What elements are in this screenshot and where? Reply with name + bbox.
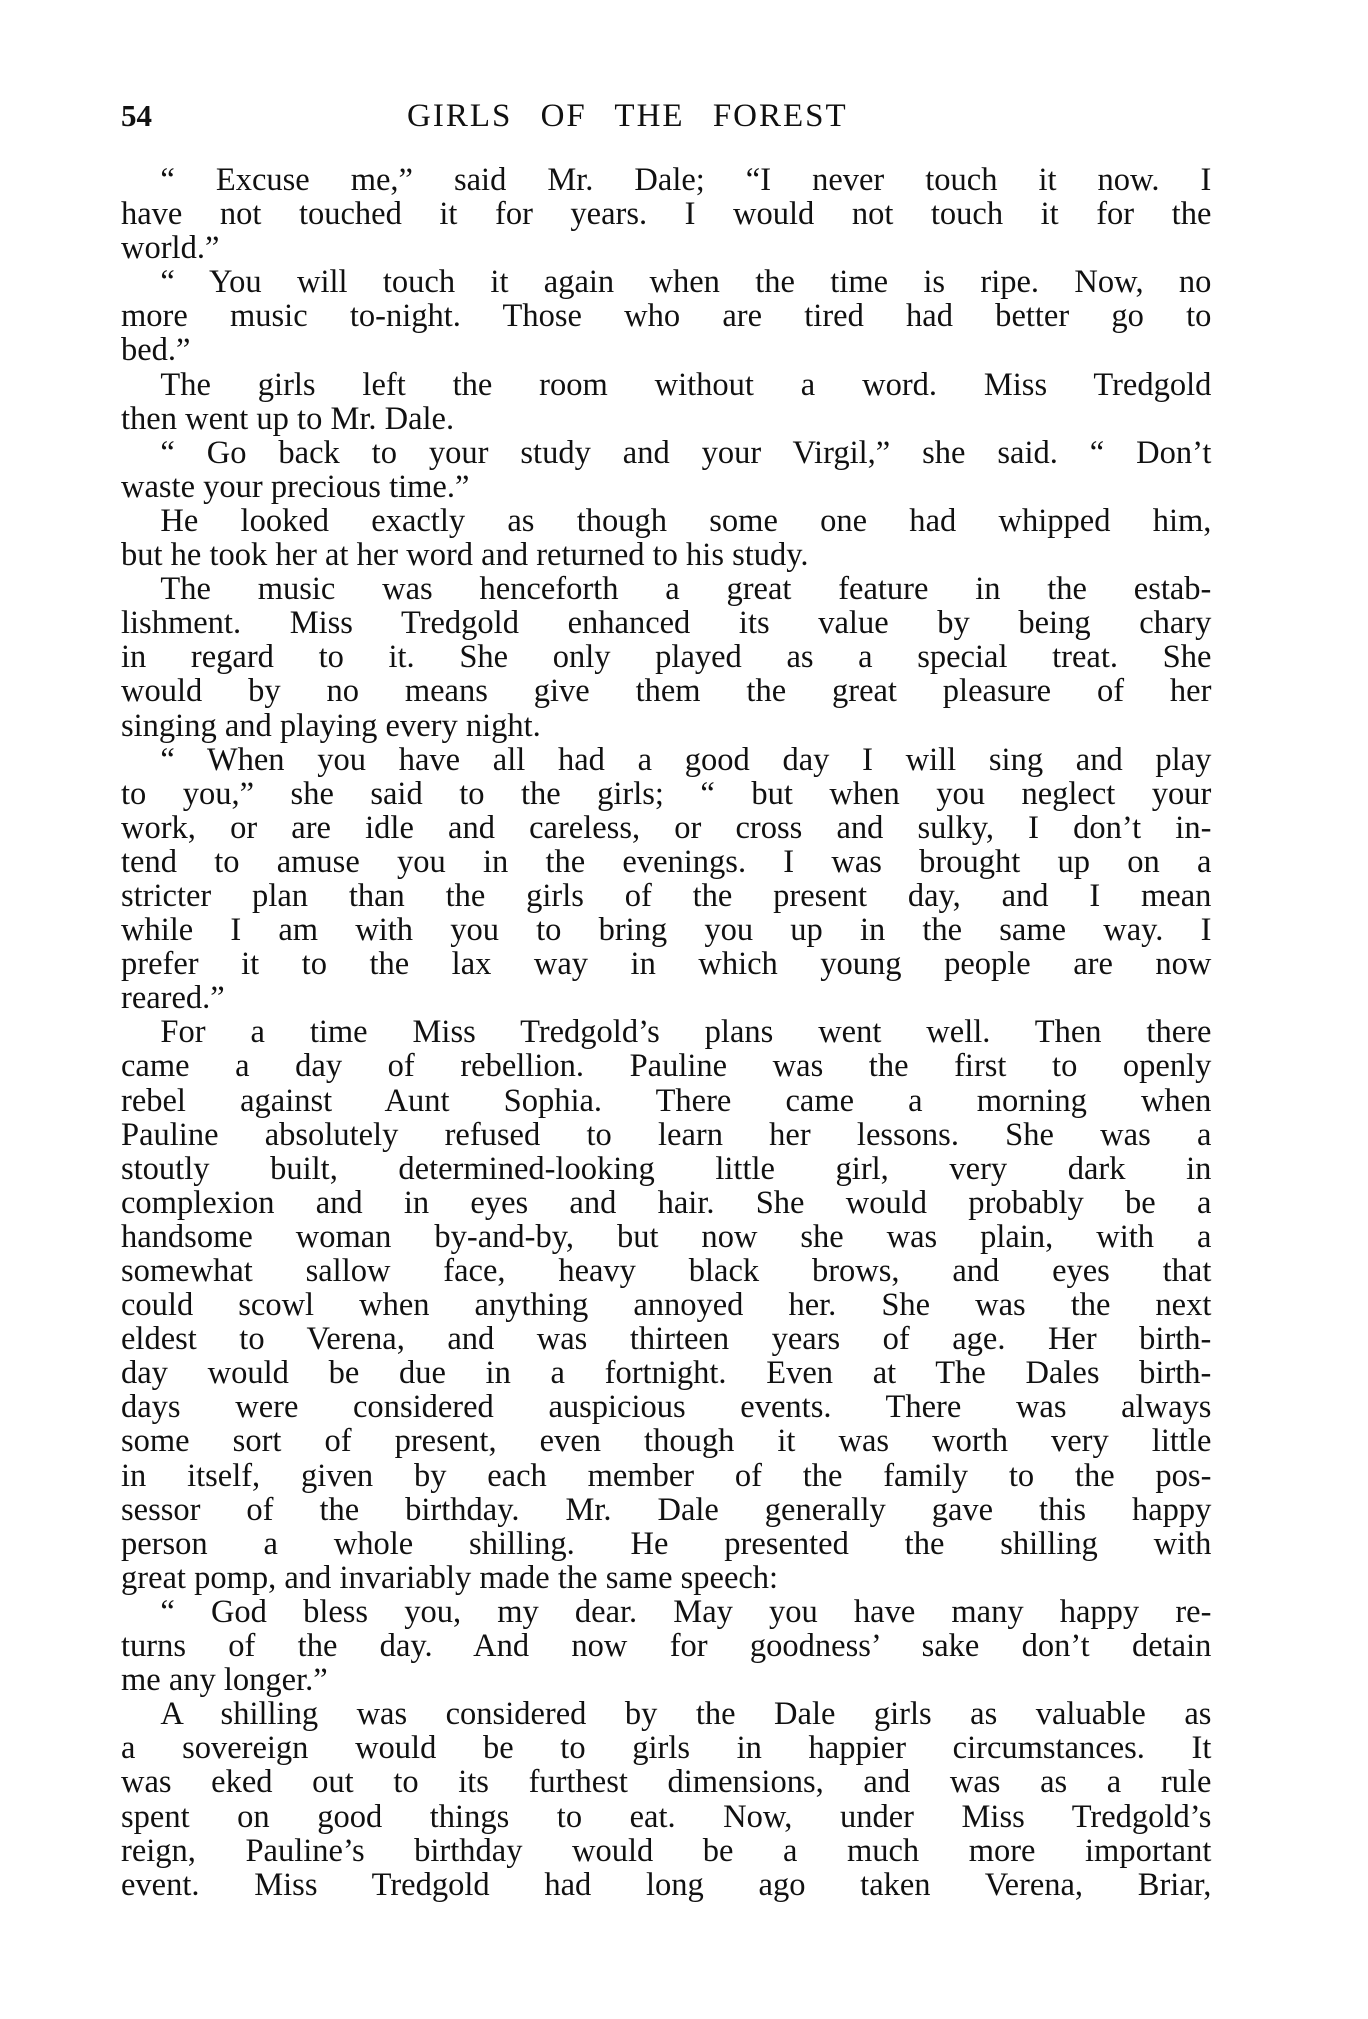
running-head: 54 GIRLS OF THE FOREST bbox=[121, 96, 1211, 136]
text-line: eldest to Verena, and was thirteen years… bbox=[121, 1322, 1211, 1356]
text-line: reared.” bbox=[121, 981, 1211, 1015]
text-line: tend to amuse you in the evenings. I was… bbox=[121, 845, 1211, 879]
paragraph: “ God bless you, my dear. May you have m… bbox=[121, 1595, 1195, 1697]
paragraph: “ Go back to your study and your Virgil,… bbox=[121, 436, 1195, 504]
text-line: work, or are idle and careless, or cross… bbox=[121, 811, 1211, 845]
body-text: “ Excuse me,” said Mr. Dale; “I never to… bbox=[121, 163, 1195, 1902]
text-line: could scowl when anything annoyed her. S… bbox=[121, 1288, 1211, 1322]
paragraph: The music was henceforth a great feature… bbox=[121, 572, 1195, 742]
text-line: “ Excuse me,” said Mr. Dale; “I never to… bbox=[121, 163, 1211, 197]
text-line: “ You will touch it again when the time … bbox=[121, 265, 1211, 299]
text-line: waste your precious time.” bbox=[121, 470, 1211, 504]
paragraph: A shilling was considered by the Dale gi… bbox=[121, 1697, 1195, 1902]
text-line: The girls left the room without a word. … bbox=[121, 368, 1211, 402]
text-line: A shilling was considered by the Dale gi… bbox=[121, 1697, 1211, 1731]
text-line: reign, Pauline’s birthday would be a muc… bbox=[121, 1834, 1211, 1868]
text-line: sessor of the birthday. Mr. Dale general… bbox=[121, 1493, 1211, 1527]
text-line: more music to-night. Those who are tired… bbox=[121, 299, 1211, 333]
text-line: Pauline absolutely refused to learn her … bbox=[121, 1118, 1211, 1152]
paragraph: “ You will touch it again when the time … bbox=[121, 265, 1195, 367]
text-line: handsome woman by-and-by, but now she wa… bbox=[121, 1220, 1211, 1254]
text-line: “ Go back to your study and your Virgil,… bbox=[121, 436, 1211, 470]
text-line: have not touched it for years. I would n… bbox=[121, 197, 1211, 231]
text-line: to you,” she said to the girls; “ but wh… bbox=[121, 777, 1211, 811]
text-line: lishment. Miss Tredgold enhanced its val… bbox=[121, 606, 1211, 640]
text-line: was eked out to its furthest dimensions,… bbox=[121, 1765, 1211, 1799]
text-line: then went up to Mr. Dale. bbox=[121, 402, 1211, 436]
text-line: some sort of present, even though it was… bbox=[121, 1424, 1211, 1458]
text-line: day would be due in a fortnight. Even at… bbox=[121, 1356, 1211, 1390]
text-line: me any longer.” bbox=[121, 1663, 1211, 1697]
text-line: “ God bless you, my dear. May you have m… bbox=[121, 1595, 1211, 1629]
text-line: in regard to it. She only played as a sp… bbox=[121, 640, 1211, 674]
text-line: world.” bbox=[121, 231, 1211, 265]
text-line: days were considered auspicious events. … bbox=[121, 1390, 1211, 1424]
text-line: a sovereign would be to girls in happier… bbox=[121, 1731, 1211, 1765]
text-line: spent on good things to eat. Now, under … bbox=[121, 1800, 1211, 1834]
paragraph: “ When you have all had a good day I wil… bbox=[121, 743, 1195, 1016]
text-line: stoutly built, determined-looking little… bbox=[121, 1152, 1211, 1186]
paragraph: “ Excuse me,” said Mr. Dale; “I never to… bbox=[121, 163, 1195, 265]
text-line: For a time Miss Tredgold’s plans went we… bbox=[121, 1015, 1211, 1049]
text-line: event. Miss Tredgold had long ago taken … bbox=[121, 1868, 1211, 1902]
text-line: He looked exactly as though some one had… bbox=[121, 504, 1211, 538]
text-line: while I am with you to bring you up in t… bbox=[121, 913, 1211, 947]
text-line: stricter plan than the girls of the pres… bbox=[121, 879, 1211, 913]
text-line: prefer it to the lax way in which young … bbox=[121, 947, 1211, 981]
text-line: would by no means give them the great pl… bbox=[121, 674, 1211, 708]
text-line: person a whole shilling. He presented th… bbox=[121, 1527, 1211, 1561]
running-title: GIRLS OF THE FOREST bbox=[407, 96, 848, 136]
text-line: in itself, given by each member of the f… bbox=[121, 1459, 1211, 1493]
text-line: singing and playing every night. bbox=[121, 709, 1211, 743]
text-line: came a day of rebellion. Pauline was the… bbox=[121, 1049, 1211, 1083]
paragraph: For a time Miss Tredgold’s plans went we… bbox=[121, 1015, 1195, 1595]
text-line: turns of the day. And now for goodness’ … bbox=[121, 1629, 1211, 1663]
text-line: “ When you have all had a good day I wil… bbox=[121, 743, 1211, 777]
text-line: The music was henceforth a great feature… bbox=[121, 572, 1211, 606]
text-line: complexion and in eyes and hair. She wou… bbox=[121, 1186, 1211, 1220]
text-line: bed.” bbox=[121, 333, 1211, 367]
page-number: 54 bbox=[121, 96, 152, 136]
paragraph: He looked exactly as though some one had… bbox=[121, 504, 1195, 572]
text-line: somewhat sallow face, heavy black brows,… bbox=[121, 1254, 1211, 1288]
text-line: great pomp, and invariably made the same… bbox=[121, 1561, 1211, 1595]
text-line: rebel against Aunt Sophia. There came a … bbox=[121, 1084, 1211, 1118]
text-line: but he took her at her word and returned… bbox=[121, 538, 1211, 572]
paragraph: The girls left the room without a word. … bbox=[121, 368, 1195, 436]
